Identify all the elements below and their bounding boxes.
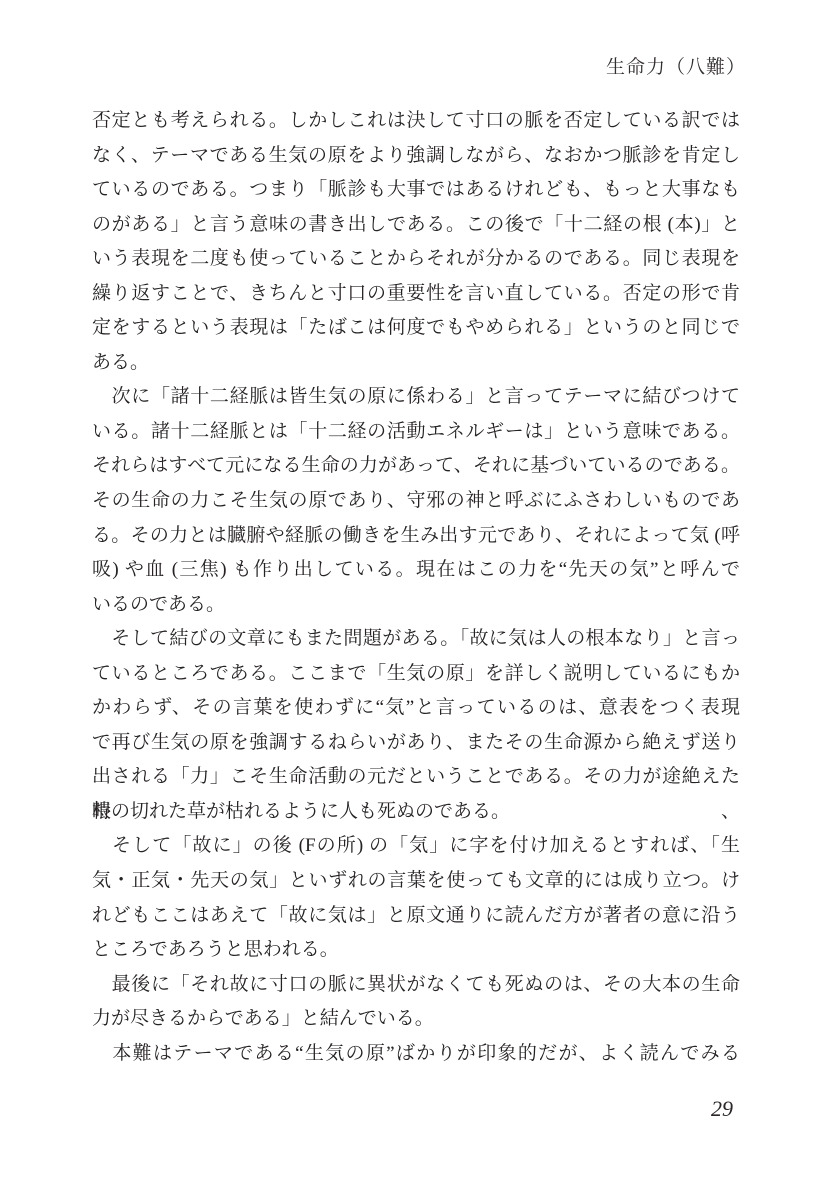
text-line: 最後に「それ故に寸口の脈に異状がなくても死ぬのは、その大本の生命	[92, 968, 740, 1003]
text-line: で再び生気の原を強調するねらいがあり、またその生命源から絶えず送り	[92, 726, 740, 761]
text-line: 本難はテーマである“生気の原”ばかりが印象的だが、よく読んでみる	[92, 1037, 740, 1072]
text-line: その生命の力こそ生気の原であり、守邪の神と呼ぶにふさわしいものであ	[92, 484, 740, 519]
text-line: のがある」と言う意味の書き出しである。この後で「十二経の根 (本)」と	[92, 208, 740, 243]
text-body: 否定とも考えられる。しかしこれは決して寸口の脈を否定している訳ではなく、テーマで…	[92, 104, 740, 1071]
book-page: 生命力（八難） 否定とも考えられる。しかしこれは決して寸口の脈を否定している訳で…	[0, 0, 830, 1178]
page-number: 29	[711, 1096, 733, 1122]
text-line: ところであろうと思われる。	[92, 933, 740, 968]
text-line: 気・正気・先天の気」といずれの言葉を使っても文章的には成り立つ。け	[92, 864, 740, 899]
text-line: そして「故に」の後 (Fの所) の「気」に字を付け加えるとすれば、「生	[92, 829, 740, 864]
text-line: 次に「諸十二経脈は皆生気の原に係わる」と言ってテーマに結びつけて	[92, 380, 740, 415]
text-line: かわらず、その言葉を使わずに“気”と言っているのは、意表をつく表現	[92, 691, 740, 726]
text-line: ある。	[92, 346, 740, 381]
text-line: 定をするという表現は「たばこは何度でもやめられる」というのと同じで	[92, 311, 740, 346]
text-line: ているのである。つまり「脈診も大事ではあるけれども、もっと大事なも	[92, 173, 740, 208]
text-line: 否定とも考えられる。しかしこれは決して寸口の脈を否定している訳では	[92, 104, 740, 139]
text-line: 出される「力」こそ生命活動の元だということである。その力が途絶えた時、	[92, 760, 740, 795]
text-line: いう表現を二度も使っていることからそれが分かるのである。同じ表現を	[92, 242, 740, 277]
text-line: る。その力とは臓腑や経脈の働きを生み出す元であり、それによって気 (呼	[92, 519, 740, 554]
text-line: 吸) や血 (三焦) も作り出している。現在はこの力を“先天の気”と呼んで	[92, 553, 740, 588]
text-line: なく、テーマである生気の原をより強調しながら、なおかつ脈診を肯定し	[92, 139, 740, 174]
text-line: ているところである。ここまで「生気の原」を詳しく説明しているにもか	[92, 657, 740, 692]
text-line: れどもここはあえて「故に気は」と原文通りに読んだ方が著者の意に沿う	[92, 899, 740, 934]
text-line: そして結びの文章にもまた問題がある。「故に気は人の根本なり」と言っ	[92, 622, 740, 657]
text-line: それらはすべて元になる生命の力があって、それに基づいているのである。	[92, 449, 740, 484]
text-line: 力が尽きるからである」と結んでいる。	[92, 1002, 740, 1037]
text-line: いる。諸十二経脈とは「十二経の活動エネルギーは」という意味である。	[92, 415, 740, 450]
text-line: 繰り返すことで、きちんと寸口の重要性を言い直している。否定の形で肯	[92, 277, 740, 312]
text-line: いるのである。	[92, 588, 740, 623]
running-header: 生命力（八難）	[606, 52, 746, 79]
